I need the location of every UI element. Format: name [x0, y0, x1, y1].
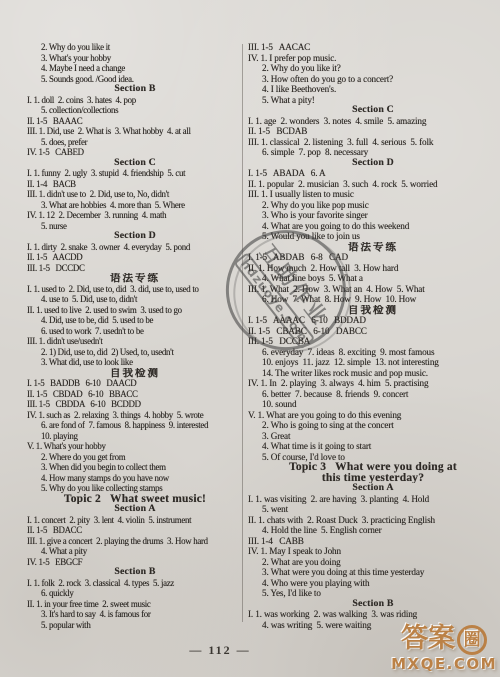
- answer-line: Section C: [27, 158, 243, 169]
- answer-line: III. 1. classical 2. listening 3. full 4…: [248, 137, 498, 148]
- answer-line: 2. Where do you get from: [27, 452, 243, 463]
- answer-line: this time yesterday?: [248, 473, 498, 484]
- answer-line: 5. Would you like to join us: [248, 231, 498, 242]
- answer-line: 3. When did you begin to collect them: [27, 462, 243, 473]
- answer-book-page: 2. Why do you like it3. What's your hobb…: [0, 0, 500, 677]
- answer-line: III. 1. What 2. How 3. What an 4. How 5.…: [248, 284, 498, 295]
- answer-line: 10. playing: [27, 431, 243, 442]
- answer-line: II. 1-5 BAAAC: [27, 116, 243, 127]
- page-number: — 112 —: [165, 643, 275, 658]
- answer-line: 5. does, prefer: [27, 137, 243, 148]
- answer-line: II. 1. popular 2. musician 3. such 4. ro…: [248, 179, 498, 190]
- answer-line: 6. everyday 7. ideas 8. exciting 9. most…: [248, 347, 498, 358]
- answer-line: Section B: [27, 567, 243, 578]
- answer-line: 5. Of course, I'd love to: [248, 452, 498, 463]
- answer-line: 4. Did, use to be, did 5. used to be: [27, 315, 243, 326]
- answer-line: III. 1-4 CABB: [248, 536, 498, 547]
- answer-line: I. 1. used to 2. Did, use to, did 3. did…: [27, 284, 243, 295]
- column-divider: [242, 44, 243, 622]
- answer-line: I. 1. funny 2. ugly 3. stupid 4. friends…: [27, 168, 243, 179]
- answer-line: 4. Who were you playing with: [248, 578, 498, 589]
- answer-line: 4. What are you going to do this weekend: [248, 221, 498, 232]
- answer-line: II. 1. chats with 2. Roast Duck 3. pract…: [248, 515, 498, 526]
- answer-line: IV. 1. In 2. playing 3. always 4. him 5.…: [248, 378, 498, 389]
- brand-watermark: 答案圈 MXQE.COM: [391, 624, 497, 673]
- answer-line: Section D: [27, 231, 243, 242]
- answer-line: Topic 2 What sweet music!: [27, 494, 243, 505]
- answer-line: 3. Who is your favorite singer: [248, 210, 498, 221]
- answer-line: I. 1. concert 2. pity 3. lent 4. violin …: [27, 515, 243, 526]
- answer-line: III. 1. give a concert 2. playing the dr…: [27, 536, 243, 547]
- answer-line: IV. 1. 12 2. December 3. running 4. math: [27, 210, 243, 221]
- answer-line: I. 1-5 BADDB 6-10 DAACD: [27, 378, 243, 389]
- answer-line: 3. How often do you go to a concert?: [248, 74, 498, 85]
- answer-line: 3. It's hard to say 4. is famous for: [27, 609, 243, 620]
- answer-line: IV. 1. I prefer pop music.: [248, 53, 498, 64]
- answer-line: 语法专练: [248, 242, 498, 253]
- answer-line: 6. used to work 7. usedn't to be: [27, 326, 243, 337]
- answer-line: 2. 1) Did, use to, did 2) Used, to, used…: [27, 347, 243, 358]
- right-answer-column: III. 1-5 AACACIV. 1. I prefer pop music.…: [248, 42, 498, 630]
- answer-line: III. 1-5 AACAC: [248, 42, 498, 53]
- answer-line: 自我检测: [248, 305, 498, 316]
- answer-line: I. 1. dirty 2. snake 3. owner 4. everyda…: [27, 242, 243, 253]
- answer-line: II. 1-5 BCDAB: [248, 126, 498, 137]
- answer-line: 4. What fine boys 5. What a: [248, 273, 498, 284]
- answer-line: 自我检测: [27, 368, 243, 379]
- answer-line: 4. Maybe I need a change: [27, 63, 243, 74]
- answer-line: 3. What were you doing at this time yest…: [248, 567, 498, 578]
- answer-line: IV. 1. May I speak to John: [248, 546, 498, 557]
- answer-line: I. 1. age 2. wonders 3. notes 4. smile 5…: [248, 116, 498, 127]
- answer-line: 5. Sounds good. /Good idea.: [27, 74, 243, 85]
- answer-line: III. 1-5 CBDDA 6-10 BCDDD: [27, 399, 243, 410]
- answer-line: 10. enjoys 11. jazz 12. simple 13. not i…: [248, 357, 498, 368]
- answer-line: 6. simple 7. pop 8. necessary: [248, 147, 498, 158]
- answer-line: 5. What a pity!: [248, 95, 498, 106]
- answer-line: III. 1. I usually listen to music: [248, 189, 498, 200]
- answer-line: I. 1. doll 2. coins 3. hates 4. pop: [27, 95, 243, 106]
- answer-line: II. 1-4 BACB: [27, 179, 243, 190]
- answer-line: Section C: [248, 105, 498, 116]
- answer-line: I. 1-5 ABADA 6. A: [248, 168, 498, 179]
- answer-line: II. 1-5 BDACC: [27, 525, 243, 536]
- answer-line: II. 1. in your free time 2. sweet music: [27, 599, 243, 610]
- answer-line: 10. sound: [248, 399, 498, 410]
- answer-line: 4. What time is it going to start: [248, 441, 498, 452]
- brand-site-text: MXQE.COM: [391, 655, 497, 673]
- answer-line: IV. 1. such as 2. relaxing 3. things 4. …: [27, 410, 243, 421]
- answer-line: 4. Hold the line 5. English corner: [248, 525, 498, 536]
- answer-line: 5. went: [248, 504, 498, 515]
- answer-line: 3. What are hobbies 4. more than 5. Wher…: [27, 200, 243, 211]
- answer-line: Section A: [248, 483, 498, 494]
- answer-line: 5. nurse: [27, 221, 243, 232]
- answer-line: III. 1. didn't use/usedn't: [27, 336, 243, 347]
- answer-line: IV. 1-5 EBGCF: [27, 557, 243, 568]
- answer-line: 6. How 7. What 8. How 9. How 10. How: [248, 294, 498, 305]
- answer-line: 2. Why do you like it?: [248, 63, 498, 74]
- answer-line: 6. are fond of 7. famous 8. happiness 9.…: [27, 420, 243, 431]
- answer-line: Section B: [27, 84, 243, 95]
- answer-line: 5. Why do you like collecting stamps: [27, 483, 243, 494]
- answer-line: Section D: [248, 158, 498, 169]
- answer-line: I. 1. was working 2. was walking 3. was …: [248, 609, 498, 620]
- answer-line: 3. What did, use to look like: [27, 357, 243, 368]
- answer-line: II. 1. used to live 2. used to swim 3. u…: [27, 305, 243, 316]
- answer-line: I. 1. was visiting 2. are having 3. plan…: [248, 494, 498, 505]
- answer-line: 3. What's your hobby: [27, 53, 243, 64]
- answer-line: 4. use to 5. Did, use to, didn't: [27, 294, 243, 305]
- answer-line: 4. I like Beethoven's.: [248, 84, 498, 95]
- answer-line: 2. What are you doing: [248, 557, 498, 568]
- answer-line: 2. Why do you like pop music: [248, 200, 498, 211]
- answer-line: V. 1. What's your hobby: [27, 441, 243, 452]
- brand-name-text: 答案: [401, 623, 455, 654]
- answer-line: I. 1-5 ABDAB 6-8 CAD: [248, 252, 498, 263]
- answer-line: II. 1-5 CBABC 6-10 DABCC: [248, 326, 498, 337]
- answer-line: IV. 1-5 CABED: [27, 147, 243, 158]
- answer-line: II. 1. How much 2. How tall 3. How hard: [248, 263, 498, 274]
- answer-line: Section A: [27, 504, 243, 515]
- answer-line: I. 1. folk 2. rock 3. classical 4. types…: [27, 578, 243, 589]
- answer-line: 6. quickly: [27, 588, 243, 599]
- answer-line: Section B: [248, 599, 498, 610]
- answer-line: 4. How many stamps do you have now: [27, 473, 243, 484]
- left-answer-column: 2. Why do you like it3. What's your hobb…: [27, 42, 243, 630]
- answer-line: 5. collection/collections: [27, 105, 243, 116]
- answer-line: 2. Why do you like it: [27, 42, 243, 53]
- answer-line: Topic 3 What were you doing at: [248, 462, 498, 473]
- answer-line: 2. Who is going to sing at the concert: [248, 420, 498, 431]
- answer-line: 6. better 7. because 8. friends 9. conce…: [248, 389, 498, 400]
- answer-line: 5. popular with: [27, 620, 243, 631]
- answer-line: III. 1. didn't use to 2. Did, use to, No…: [27, 189, 243, 200]
- answer-line: V. 1. What are you going to do this even…: [248, 410, 498, 421]
- answer-line: 5. Yes, I'd like to: [248, 588, 498, 599]
- answer-line: 语法专练: [27, 273, 243, 284]
- answer-line: II. 1-5 AACDD: [27, 252, 243, 263]
- answer-line: III. 1-5 DCCDC: [27, 263, 243, 274]
- answer-line: II. 1-5 CBDAD 6-10 BBACC: [27, 389, 243, 400]
- answer-line: I. 1-5 AAAAC 6-10 BDDAD: [248, 315, 498, 326]
- brand-logo: 答案圈: [391, 624, 497, 655]
- answer-line: III. 1. Did, use 2. What is 3. What hobb…: [27, 126, 243, 137]
- answer-line: 14. The writer likes rock music and pop …: [248, 368, 498, 379]
- brand-circled-character: 圈: [457, 625, 487, 655]
- answer-line: III. 1-5 DCCBA: [248, 336, 498, 347]
- answer-line: 3. Great: [248, 431, 498, 442]
- answer-line: 4. What a pity: [27, 546, 243, 557]
